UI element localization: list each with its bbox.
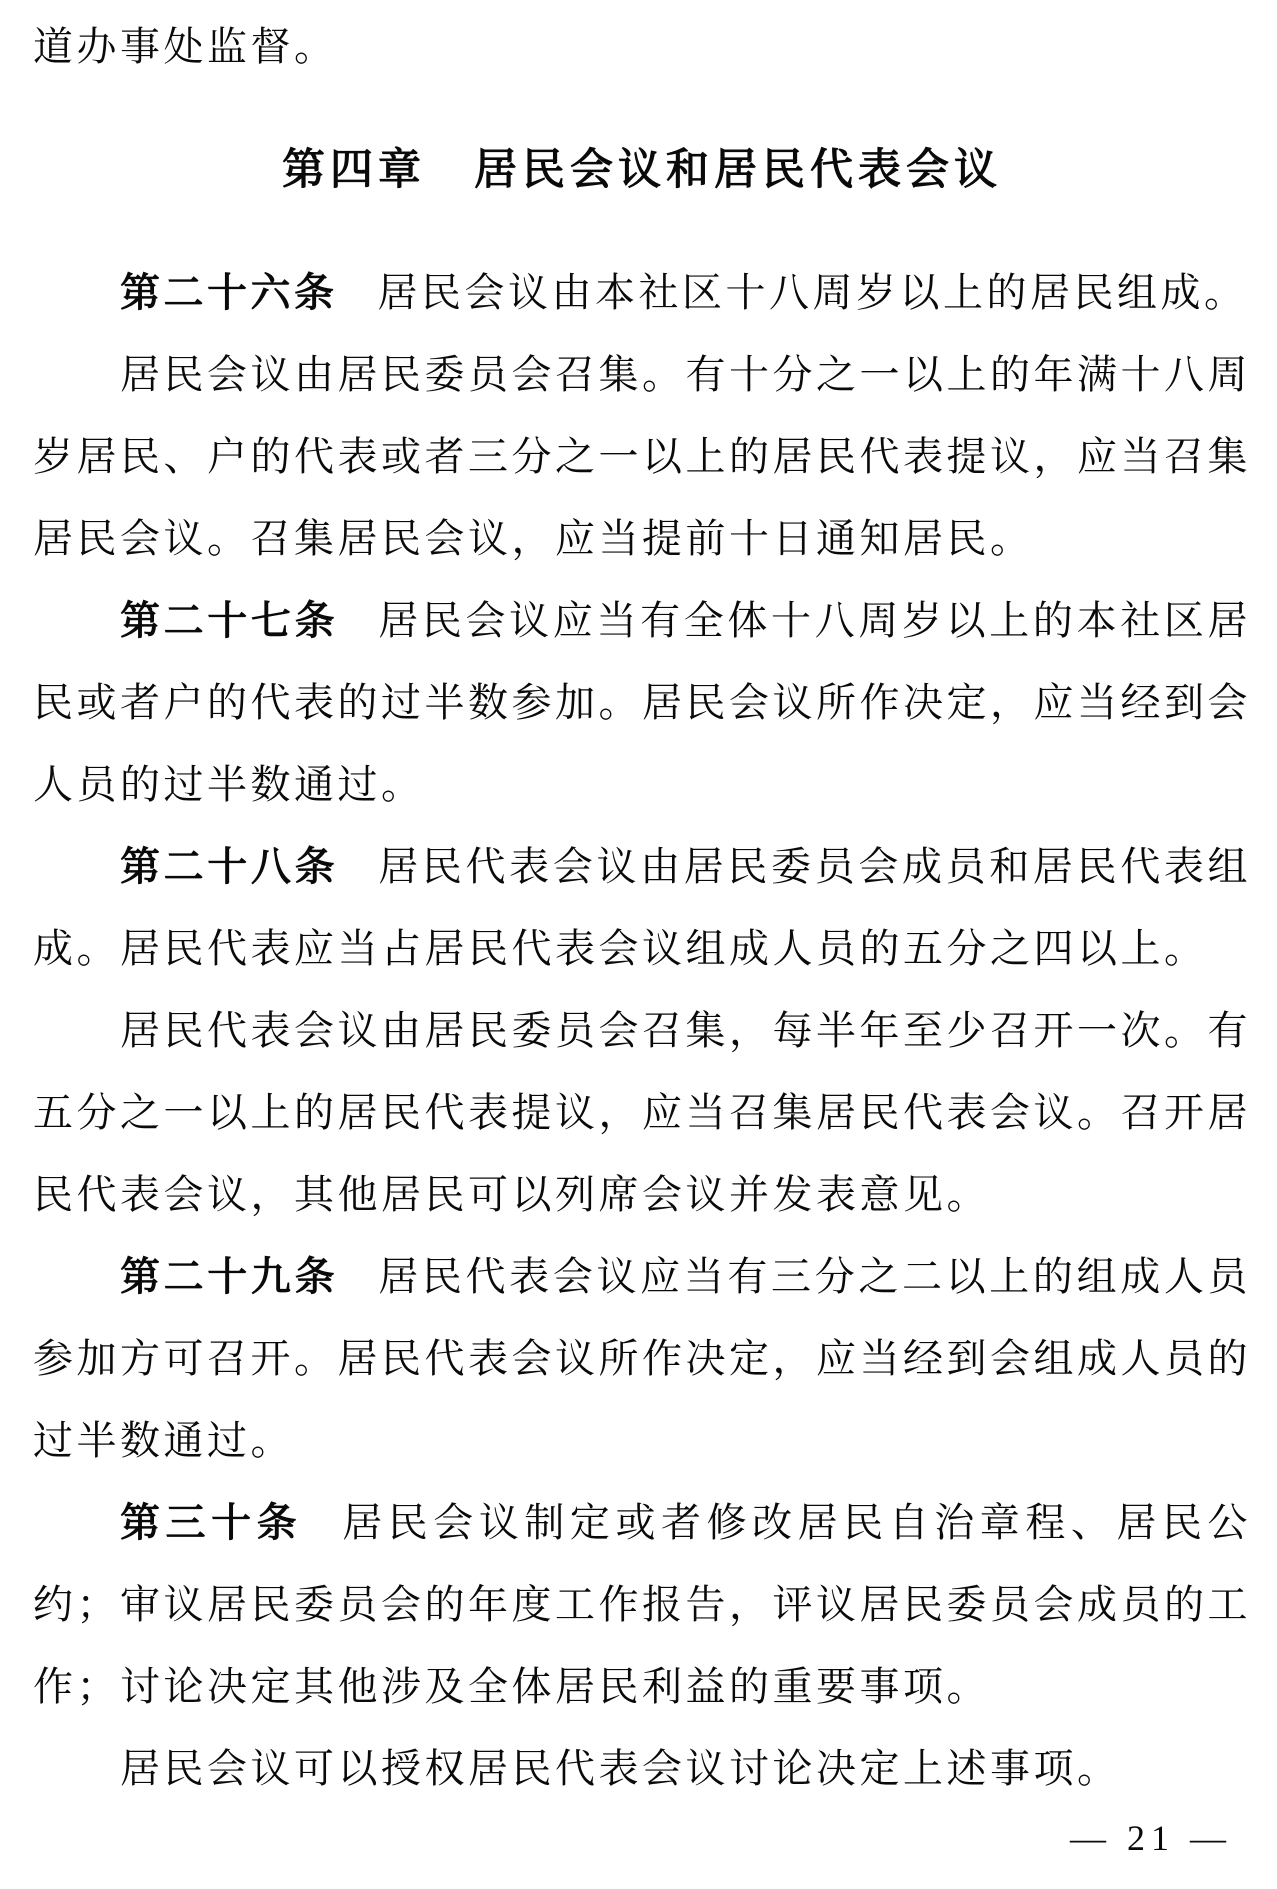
page-number: — 21 — <box>1070 1818 1232 1858</box>
body-paragraph: 居民会议由居民委员会召集。有十分之一以上的年满十八周岁居民、户的代表或者三分之一… <box>33 334 1251 580</box>
article-paragraph: 第二十九条居民代表会议应当有三分之二以上的组成人员参加方可召开。居民代表会议所作… <box>33 1236 1251 1482</box>
article-number-label: 第二十八条 <box>120 845 338 889</box>
article-number-label: 第二十九条 <box>120 1255 338 1299</box>
chapter-heading: 第四章 居民会议和居民代表会议 <box>33 129 1251 211</box>
article-paragraph: 第二十七条居民会议应当有全体十八周岁以上的本社区居民或者户的代表的过半数参加。居… <box>33 580 1251 826</box>
article-paragraph: 第三十条居民会议制定或者修改居民自治章程、居民公约；审议居民委员会的年度工作报告… <box>33 1482 1251 1728</box>
paragraph-text: 居民会议可以授权居民代表会议讨论决定上述事项。 <box>120 1746 1121 1791</box>
body-paragraph: 居民会议可以授权居民代表会议讨论决定上述事项。 <box>33 1728 1251 1810</box>
article-text: 居民会议由本社区十八周岁以上的居民组成。 <box>378 270 1248 315</box>
article-number-label: 第二十七条 <box>120 599 338 643</box>
body-paragraph: 居民代表会议由居民委员会召集，每半年至少召开一次。有五分之一以上的居民代表提议，… <box>33 990 1251 1236</box>
article-paragraph: 第二十六条居民会议由本社区十八周岁以上的居民组成。 <box>33 252 1251 334</box>
document-body: 第二十六条居民会议由本社区十八周岁以上的居民组成。 居民会议由居民委员会召集。有… <box>33 252 1251 1810</box>
document-page: 道办事处监督。 第四章 居民会议和居民代表会议 第二十六条居民会议由本社区十八周… <box>0 0 1277 1889</box>
article-paragraph: 第二十八条居民代表会议由居民委员会成员和居民代表组成。居民代表应当占居民代表会议… <box>33 826 1251 990</box>
article-number-label: 第三十条 <box>120 1501 302 1545</box>
continuation-text: 道办事处监督。 <box>33 6 1251 88</box>
text-block: 道办事处监督。 第四章 居民会议和居民代表会议 第二十六条居民会议由本社区十八周… <box>33 6 1251 1810</box>
paragraph-text: 居民代表会议由居民委员会召集，每半年至少召开一次。有五分之一以上的居民代表提议，… <box>33 1008 1251 1217</box>
article-number-label: 第二十六条 <box>120 271 338 315</box>
paragraph-text: 居民会议由居民委员会召集。有十分之一以上的年满十八周岁居民、户的代表或者三分之一… <box>33 352 1251 561</box>
